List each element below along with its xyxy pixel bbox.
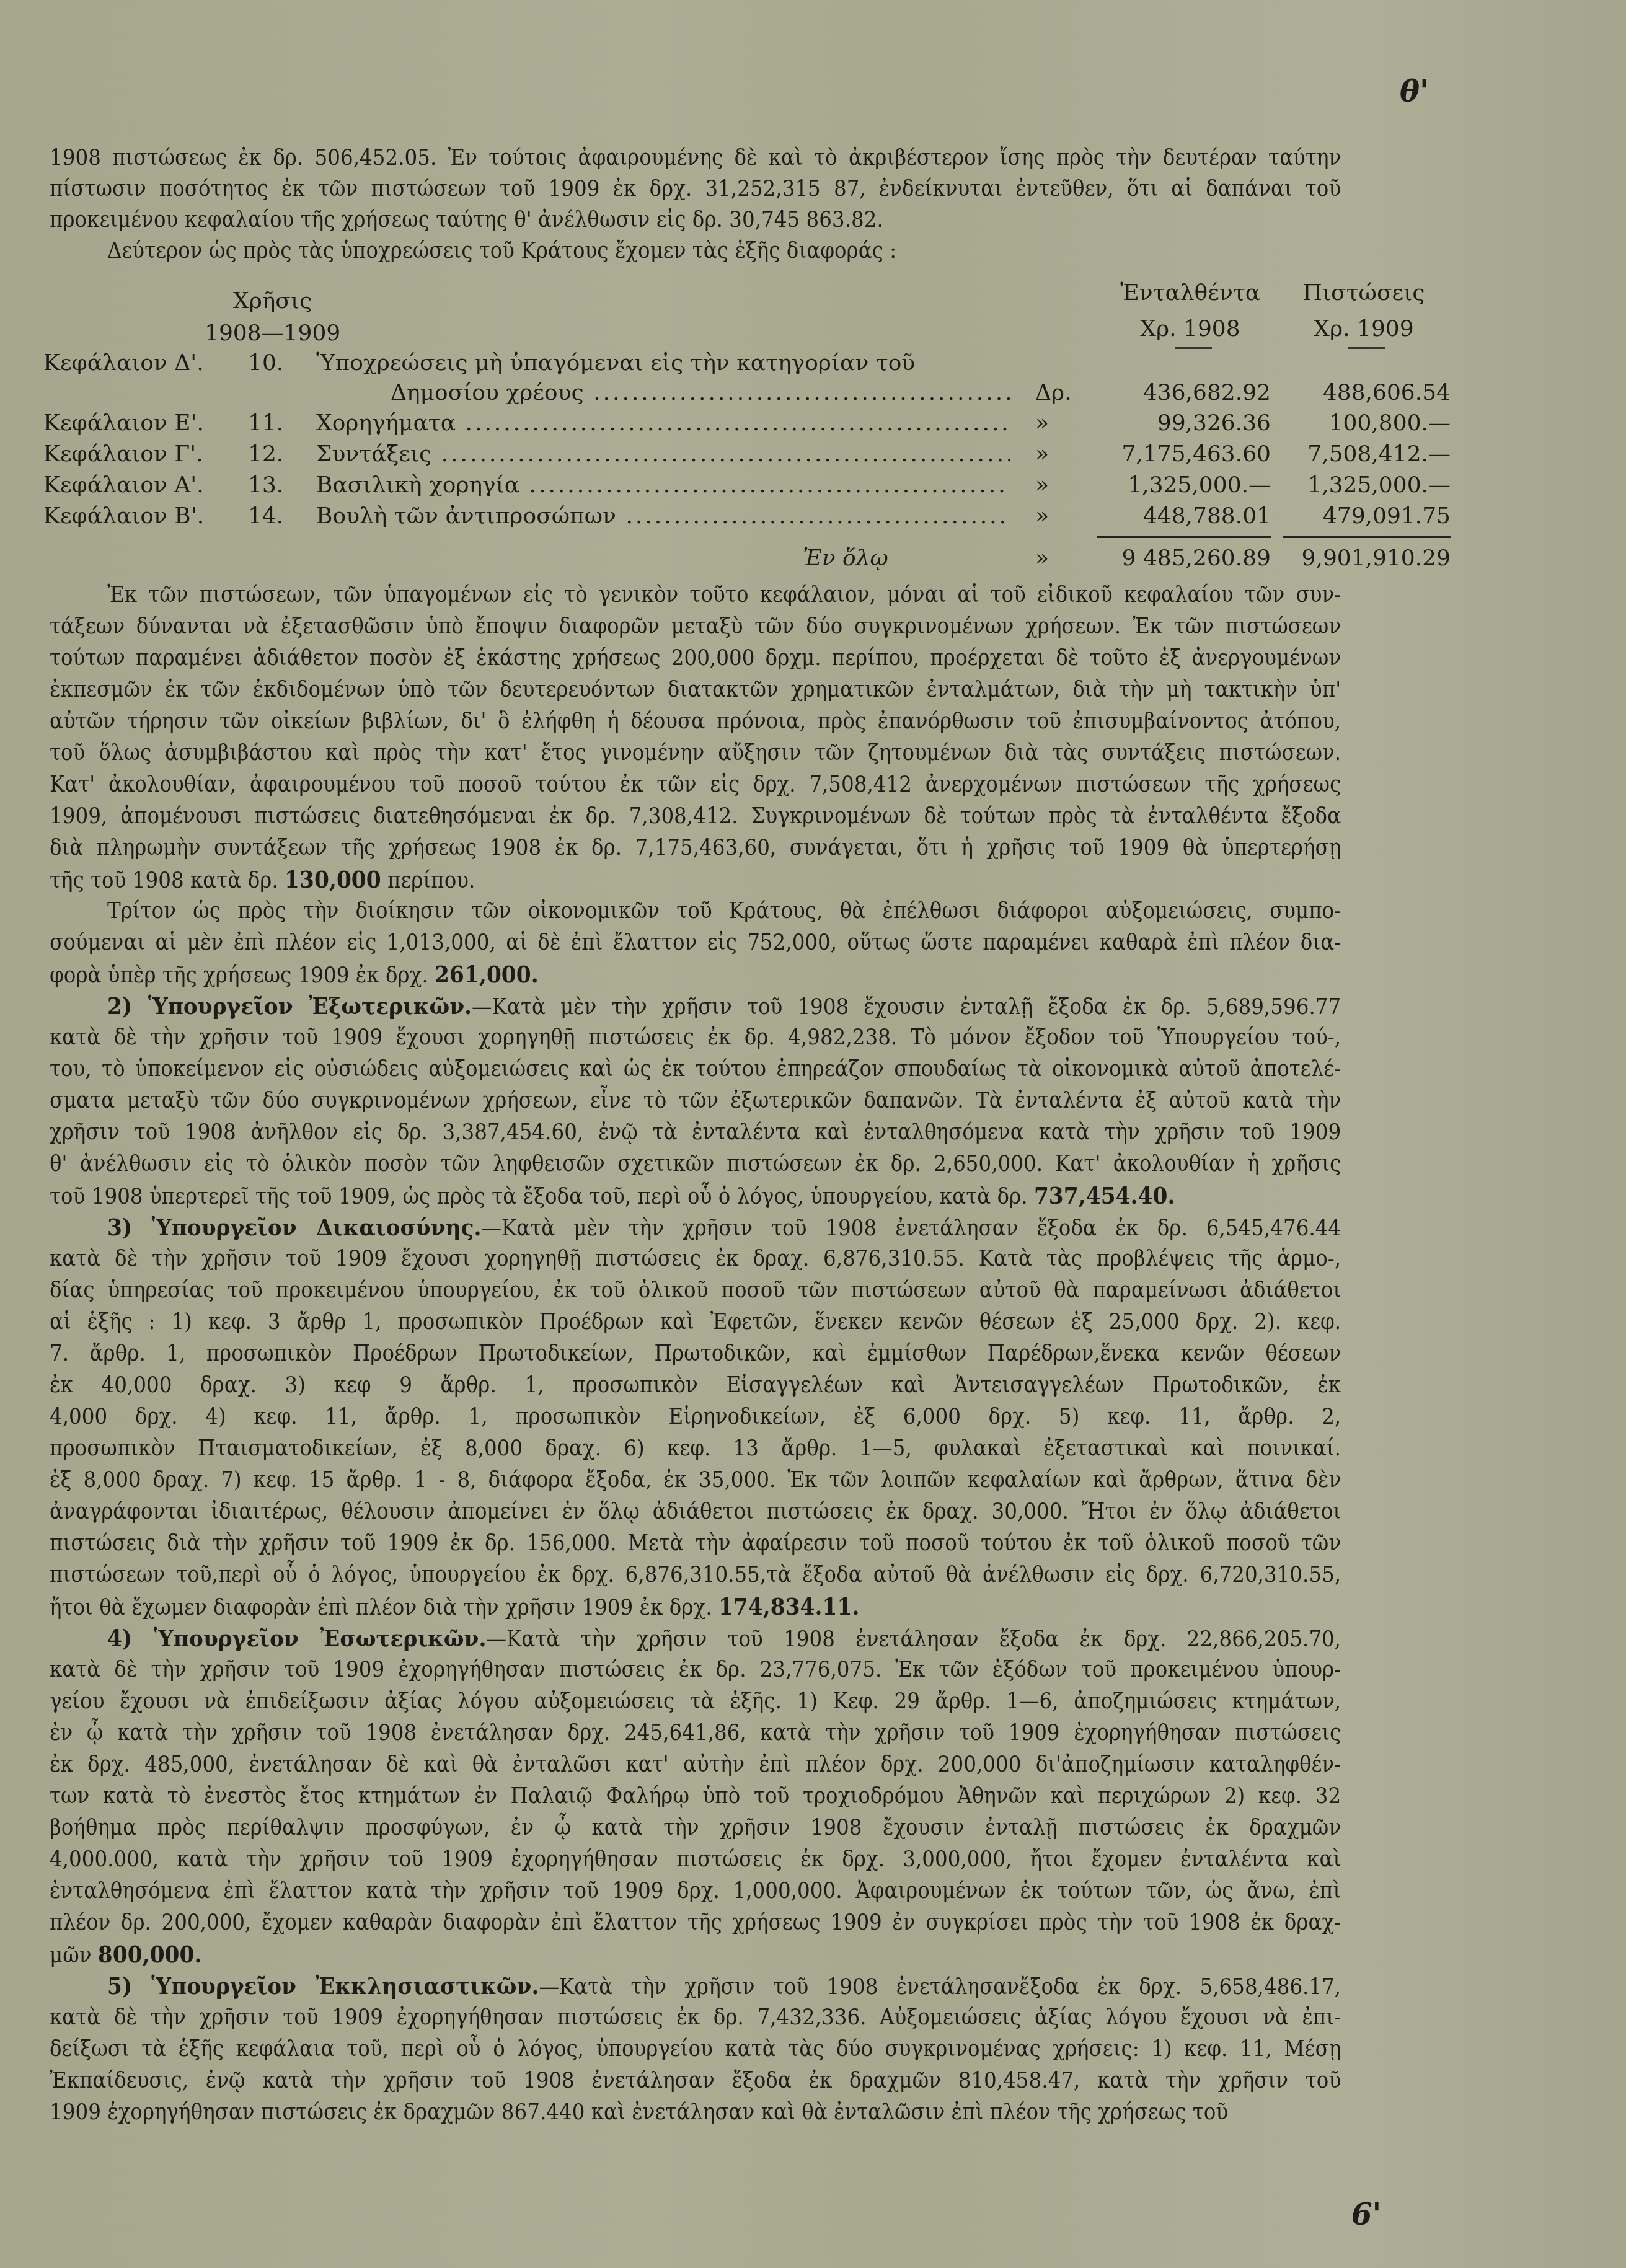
emphasized-amount: 130,000 (285, 866, 381, 893)
foreign-affairs-paragraph: 2) Ὑπουργεῖον Ἐξωτερικῶν.—Κατὰ μὲν τὴν χ… (50, 991, 1341, 1212)
table-row: Δημοσίου χρέους Δρ. 436,682.92 488,606.5… (43, 380, 1451, 410)
text-line: Ἐκ τῶν πιστώσεων, τῶν ὑπαγομένων εἰς τὸ … (50, 580, 1341, 611)
table-header-credits-1909: Πιστώσεις Χρ. 1909 (1277, 275, 1451, 347)
page-number-top: θ' (1400, 74, 1429, 109)
text-line: πιστώσεις διὰ τὴν χρῆσιν τοῦ 1909 ἐκ δρ.… (50, 1528, 1341, 1560)
text-line: ἀναγράφονται ἰδιαιτέρως, θέλουσιν ἀπομεί… (50, 1496, 1341, 1528)
text-line: αὐτῶν τήρησιν τῶν οἰκείων βιβλίων, δι' ὃ… (50, 706, 1341, 738)
text-line: 1909 ἐχορηγήθησαν πιστώσεις ἐκ δραχμῶν 8… (50, 2097, 1341, 2129)
text-line: διὰ πληρωμὴν συντάξεων τῆς χρήσεως 1908 … (50, 832, 1341, 864)
text-line: δίας ὑπηρεσίας τοῦ προκειμένου ὑπουργείο… (50, 1275, 1341, 1307)
text-line: 5) Ὑπουργεῖον Ἐκκλησιαστικῶν.—Κατὰ τὴν χ… (50, 1970, 1341, 2002)
interior-paragraph: 4) Ὑπουργεῖον Ἐσωτερικῶν.—Κατὰ τὴν χρῆσι… (50, 1623, 1341, 1970)
table-header-fiscal-year: Χρῆσις 1908—1909 (205, 285, 340, 350)
text-line: φορὰ ὑπὲρ τῆς χρήσεως 1909 ἐκ δρχ. 261,0… (50, 959, 1341, 991)
text-line: βοήθημα πρὸς περίθαλψιν προσφύγων, ἐν ᾧ … (50, 1812, 1341, 1844)
table-header-ordered-1908: Ἐνταλθέντα Χρ. 1908 (1103, 275, 1277, 347)
text-line: κατὰ δὲ τὴν χρῆσιν τοῦ 1909 ἔχουσι χορηγ… (50, 1243, 1341, 1275)
text-line: τούτων παραμένει ἀδιάθετον ποσὸν ἐξ ἑκάσ… (50, 643, 1341, 674)
text-line: πίστωσιν ποσότητος ἐκ τῶν πιστώσεων τοῦ … (50, 174, 1341, 205)
table-intro: Δεύτερον ὡς πρὸς τὰς ὑποχρεώσεις τοῦ Κρά… (50, 236, 1341, 267)
text-line: ἐκ 40,000 δραχ. 3) κεφ 9 ἄρθρ. 1, προσωπ… (50, 1370, 1341, 1401)
table-row: Κεφάλαιον Α'. 13. Βασιλικὴ χορηγία » 1,3… (43, 472, 1451, 502)
sum-rule (1097, 536, 1271, 538)
table-row: Κεφάλαιον Γ'. 12. Συντάξεις » 7,175,463.… (43, 441, 1451, 471)
text-line: τοῦ ὅλως ἀσυμβιβάστου καὶ πρὸς τὴν κατ' … (50, 738, 1341, 769)
text-line: ἐξ 8,000 δραχ. 7) κεφ. 15 ἄρθρ. 1 - 8, δ… (50, 1465, 1341, 1496)
text-line: προκειμένου κεφαλαίου τῆς χρήσεως ταύτης… (50, 205, 1341, 236)
text-line: 4) Ὑπουργεῖον Ἐσωτερικῶν.—Κατὰ τὴν χρῆσι… (50, 1623, 1341, 1654)
table-row: Κεφάλαιον Β'. 14. Βουλὴ τῶν ἀντιπροσώπων… (43, 503, 1451, 533)
text-line: σούμεναι αἱ μὲν ἐπὶ πλέον εἰς 1,013,000,… (50, 927, 1341, 959)
text-line: 4,000 δρχ. 4) κεφ. 11, ἄρθρ. 1, προσωπικ… (50, 1401, 1341, 1433)
text-line: ἐν ᾧ κατὰ τὴν χρῆσιν τοῦ 1908 ἐνετάλησαν… (50, 1718, 1341, 1749)
text-line: Τρίτον ὡς πρὸς τὴν διοίκησιν τῶν οἰκονομ… (50, 896, 1341, 927)
text-line: ἐκ δρχ. 485,000, ἐνετάλησαν δὲ καὶ θὰ ἐν… (50, 1749, 1341, 1781)
finance-paragraph: Τρίτον ὡς πρὸς τὴν διοίκησιν τῶν οἰκονομ… (50, 896, 1341, 991)
text-line: τάξεων δύνανται νὰ ἐξετασθῶσιν ὑπὸ ἔποψι… (50, 611, 1341, 643)
text-line: 2) Ὑπουργεῖον Ἐξωτερικῶν.—Κατὰ μὲν τὴν χ… (50, 991, 1341, 1022)
sum-rule (1283, 536, 1451, 538)
pensions-paragraph: Ἐκ τῶν πιστώσεων, τῶν ὑπαγομένων εἰς τὸ … (50, 580, 1341, 896)
table-row: Κεφάλαιον Δ'. 10. Ὑποχρεώσεις μὴ ὑπαγόμε… (43, 350, 1451, 380)
ministry-heading: 4) Ὑπουργεῖον Ἐσωτερικῶν. (107, 1625, 486, 1652)
text-line: μῶν 800,000. (50, 1939, 1341, 1970)
text-line: ἤτοι θὰ ἔχωμεν διαφορὰν ἐπὶ πλέον διὰ τὴ… (50, 1591, 1341, 1623)
page-number-bottom: 6' (1351, 2197, 1381, 2232)
text-line: δείξωσι τὰ ἑξῆς κεφάλαια τοῦ, περὶ οὗ ὁ … (50, 2034, 1341, 2065)
text-line: 3) Ὑπουργεῖον Δικαιοσύνης.—Κατὰ μὲν τὴν … (50, 1212, 1341, 1243)
table-total-row: Ἐν ὅλῳ » 9 485,260.89 9,901,910.29 (43, 545, 1451, 575)
text-line: 4,000.000, κατὰ τὴν χρῆσιν τοῦ 1909 ἐχορ… (50, 1844, 1341, 1876)
text-line: Ἐκπαίδευσις, ἐνῷ κατὰ τὴν χρῆσιν τοῦ 190… (50, 2065, 1341, 2097)
text-line: προσωπικὸν Πταισματοδικείων, ἐξ 8,000 δρ… (50, 1433, 1341, 1465)
text-line: τοῦ 1908 ὑπερτερεῖ τῆς τοῦ 1909, ὡς πρὸς… (50, 1180, 1341, 1212)
text-line: γείου ἔχουσι νὰ ἐπιδείξωσιν ἀξίας λόγου … (50, 1686, 1341, 1718)
text-line: 1908 πιστώσεως ἐκ δρ. 506,452.05. Ἐν τού… (50, 143, 1341, 174)
text-line: θ' ἀνέλθωσιν εἰς τὸ ὁλικὸν ποσὸν τῶν ληφ… (50, 1149, 1341, 1180)
text-line: χρῆσιν τοῦ 1908 ἀνῆλθον εἰς δρ. 3,387,45… (50, 1117, 1341, 1149)
text-line: των κατὰ τὸ ἐνεστὸς ἔτος κτημάτων ἐν Παλ… (50, 1781, 1341, 1812)
text-line: του, τὸ ὑποκείμενον εἰς οὐσιώδεις αὐξομε… (50, 1054, 1341, 1085)
ministry-heading: 2) Ὑπουργεῖον Ἐξωτερικῶν. (107, 992, 472, 1020)
text-line: Κατ' ἀκολουθίαν, ἀφαιρουμένου τοῦ ποσοῦ … (50, 769, 1341, 801)
header-dash (1348, 347, 1385, 349)
text-line: 1909, ἀπομένουσι πιστώσεις διατεθησόμενα… (50, 801, 1341, 832)
opening-paragraph: 1908 πιστώσεως ἐκ δρ. 506,452.05. Ἐν τού… (50, 143, 1341, 267)
text-line: κατὰ δὲ τὴν χρῆσιν τοῦ 1909 ἔχουσι χορηγ… (50, 1022, 1341, 1054)
text-line: πιστώσεων τοῦ,περὶ οὗ ὁ λόγος, ὑπουργείο… (50, 1560, 1341, 1591)
ministry-heading: 5) Ὑπουργεῖον Ἐκκλησιαστικῶν. (107, 1972, 539, 2000)
body-text: Ἐκ τῶν πιστώσεων, τῶν ὑπαγομένων εἰς τὸ … (50, 580, 1341, 2129)
text-line: ἐνταλθησόμενα ἐπὶ ἔλαττον κατὰ τὴν χρῆσι… (50, 1876, 1341, 1907)
emphasized-amount: 174,834.11. (718, 1593, 859, 1620)
ministry-heading: 3) Ὑπουργεῖον Δικαιοσύνης. (107, 1214, 481, 1241)
text-line: τῆς τοῦ 1908 κατὰ δρ. 130,000 περίπου. (50, 864, 1341, 896)
text-line: αἱ ἑξῆς : 1) κεφ. 3 ἄρθρ 1, προσωπικὸν Π… (50, 1307, 1341, 1338)
table-row: Κεφάλαιον Ε'. 11. Χορηγήματα » 99,326.36… (43, 410, 1451, 440)
text-line: κατὰ δὲ τὴν χρῆσιν τοῦ 1909 ἐχορηγήθησαν… (50, 2002, 1341, 2034)
header-dash (1175, 347, 1212, 349)
justice-paragraph: 3) Ὑπουργεῖον Δικαιοσύνης.—Κατὰ μὲν τὴν … (50, 1212, 1341, 1623)
text-line: κατὰ δὲ τὴν χρῆσιν τοῦ 1909 ἐχορηγήθησαν… (50, 1654, 1341, 1686)
emphasized-amount: 737,454.40. (1034, 1182, 1175, 1209)
text-line: σματα μεταξὺ τῶν δύο συγκρινομένων χρήσε… (50, 1085, 1341, 1117)
text-line: πλέον δρ. 200,000, ἔχομεν καθαρὰν διαφορ… (50, 1907, 1341, 1939)
ecclesiastical-paragraph: 5) Ὑπουργεῖον Ἐκκλησιαστικῶν.—Κατὰ τὴν χ… (50, 1970, 1341, 2129)
text-line: ἐκπεσμῶν ἐκ τῶν ἐκδιδομένων ὑπὸ τῶν δευτ… (50, 674, 1341, 706)
emphasized-amount: 261,000. (435, 961, 539, 988)
emphasized-amount: 800,000. (98, 1941, 202, 1968)
text-line: 7. ἄρθρ. 1, προσωπικὸν Προέδρων Πρωτοδικ… (50, 1338, 1341, 1370)
